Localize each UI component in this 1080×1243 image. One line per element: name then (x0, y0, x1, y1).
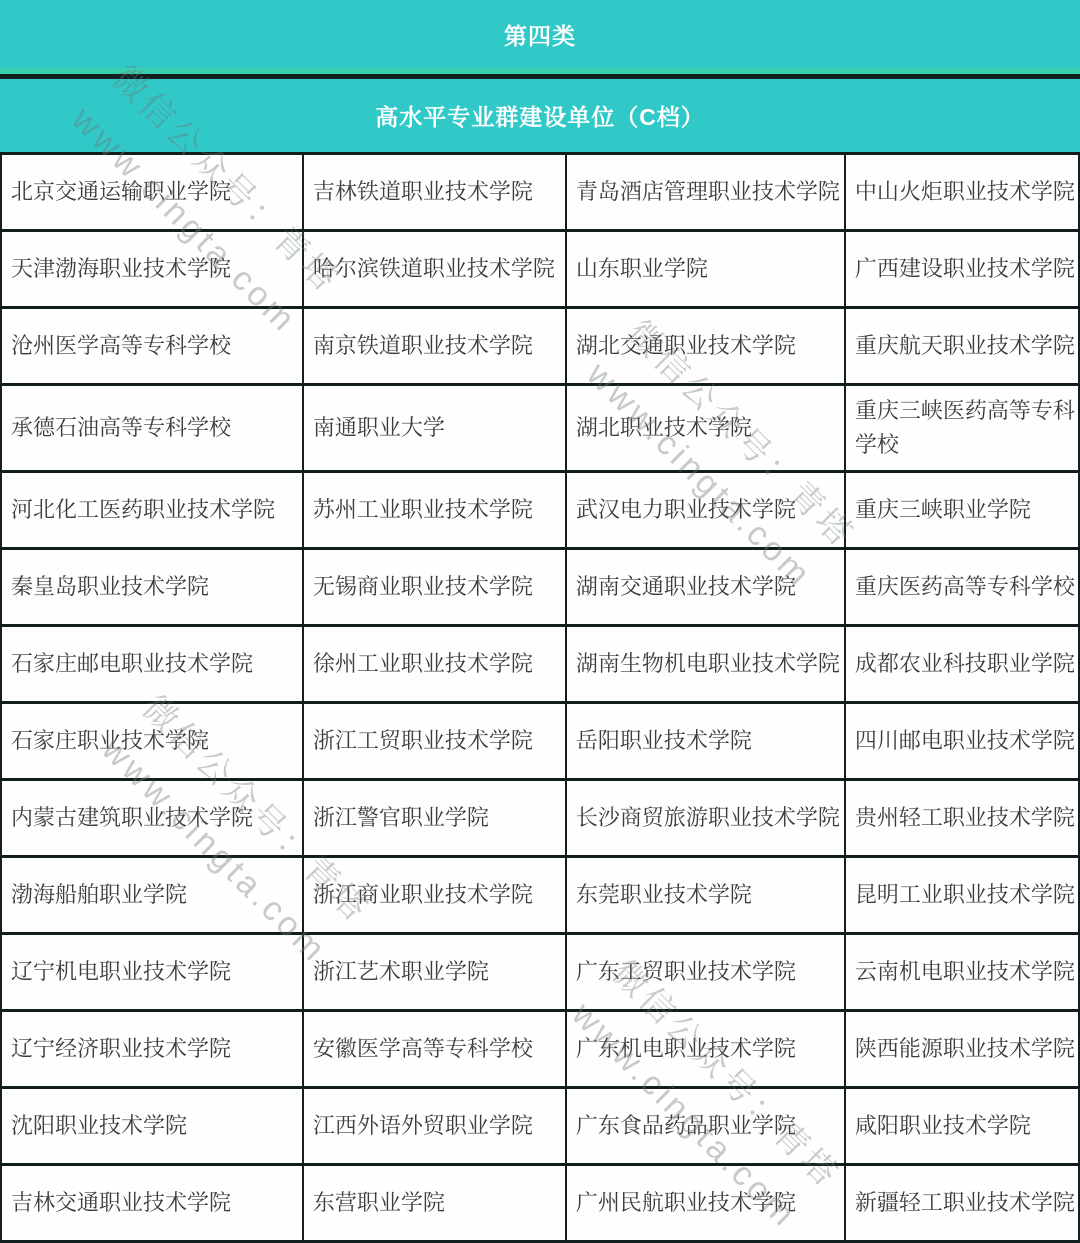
table-cell: 浙江警官职业学院 (304, 781, 567, 858)
table-cell: 沧州医学高等专科学校 (2, 309, 304, 386)
table-cell: 东莞职业技术学院 (567, 858, 846, 935)
college-table: 北京交通运输职业学院吉林铁道职业技术学院青岛酒店管理职业技术学院中山火炬职业技术… (0, 152, 1080, 1243)
table-cell: 广州民航职业技术学院 (567, 1166, 846, 1243)
table-cell: 南通职业大学 (304, 386, 567, 473)
table-cell: 浙江艺术职业学院 (304, 935, 567, 1012)
table-cell: 安徽医学高等专科学校 (304, 1012, 567, 1089)
page: 第四类 高水平专业群建设单位（C档） 北京交通运输职业学院吉林铁道职业技术学院青… (0, 0, 1080, 1243)
table-cell: 重庆航天职业技术学院 (846, 309, 1078, 386)
table-cell: 浙江商业职业技术学院 (304, 858, 567, 935)
table-cell: 青岛酒店管理职业技术学院 (567, 155, 846, 232)
table-cell: 陕西能源职业技术学院 (846, 1012, 1078, 1089)
table-cell: 苏州工业职业技术学院 (304, 473, 567, 550)
table-cell: 湖南生物机电职业技术学院 (567, 627, 846, 704)
table-cell: 石家庄职业技术学院 (2, 704, 304, 781)
table-cell: 吉林交通职业技术学院 (2, 1166, 304, 1243)
category-title: 第四类 (504, 18, 576, 51)
table-cell: 重庆三峡医药高等专科学校 (846, 386, 1078, 473)
table-cell: 秦皇岛职业技术学院 (2, 550, 304, 627)
table-cell: 山东职业学院 (567, 232, 846, 309)
table-cell: 贵州轻工职业技术学院 (846, 781, 1078, 858)
table-cell: 广东食品药品职业学院 (567, 1089, 846, 1166)
table-cell: 岳阳职业技术学院 (567, 704, 846, 781)
table-cell: 北京交通运输职业学院 (2, 155, 304, 232)
table-cell: 吉林铁道职业技术学院 (304, 155, 567, 232)
table-cell: 中山火炬职业技术学院 (846, 155, 1078, 232)
table-cell: 石家庄邮电职业技术学院 (2, 627, 304, 704)
table-cell: 湖南交通职业技术学院 (567, 550, 846, 627)
table-cell: 广东机电职业技术学院 (567, 1012, 846, 1089)
table-cell: 渤海船舶职业学院 (2, 858, 304, 935)
table-cell: 承德石油高等专科学校 (2, 386, 304, 473)
table-cell: 广西建设职业技术学院 (846, 232, 1078, 309)
table-cell: 辽宁经济职业技术学院 (2, 1012, 304, 1089)
category-header-band: 第四类 (0, 0, 1080, 68)
table-cell: 云南机电职业技术学院 (846, 935, 1078, 1012)
table-cell: 江西外语外贸职业学院 (304, 1089, 567, 1166)
table-cell: 浙江工贸职业技术学院 (304, 704, 567, 781)
table-cell: 湖北交通职业技术学院 (567, 309, 846, 386)
table-cell: 新疆轻工职业技术学院 (846, 1166, 1078, 1243)
table-cell: 重庆三峡职业学院 (846, 473, 1078, 550)
table-cell: 武汉电力职业技术学院 (567, 473, 846, 550)
table-cell: 昆明工业职业技术学院 (846, 858, 1078, 935)
table-cell: 湖北职业技术学院 (567, 386, 846, 473)
table-cell: 广东工贸职业技术学院 (567, 935, 846, 1012)
table-cell: 成都农业科技职业学院 (846, 627, 1078, 704)
section-title: 高水平专业群建设单位（C档） (375, 99, 705, 132)
table-cell: 河北化工医药职业技术学院 (2, 473, 304, 550)
table-cell: 天津渤海职业技术学院 (2, 232, 304, 309)
table-cell: 辽宁机电职业技术学院 (2, 935, 304, 1012)
table-cell: 无锡商业职业技术学院 (304, 550, 567, 627)
table-cell: 四川邮电职业技术学院 (846, 704, 1078, 781)
table-cell: 内蒙古建筑职业技术学院 (2, 781, 304, 858)
table-cell: 重庆医药高等专科学校 (846, 550, 1078, 627)
table-cell: 哈尔滨铁道职业技术学院 (304, 232, 567, 309)
table-cell: 南京铁道职业技术学院 (304, 309, 567, 386)
table-cell: 沈阳职业技术学院 (2, 1089, 304, 1166)
table-cell: 长沙商贸旅游职业技术学院 (567, 781, 846, 858)
section-header-band: 高水平专业群建设单位（C档） (0, 74, 1080, 152)
table-cell: 东营职业学院 (304, 1166, 567, 1243)
table-cell: 徐州工业职业技术学院 (304, 627, 567, 704)
table-cell: 咸阳职业技术学院 (846, 1089, 1078, 1166)
